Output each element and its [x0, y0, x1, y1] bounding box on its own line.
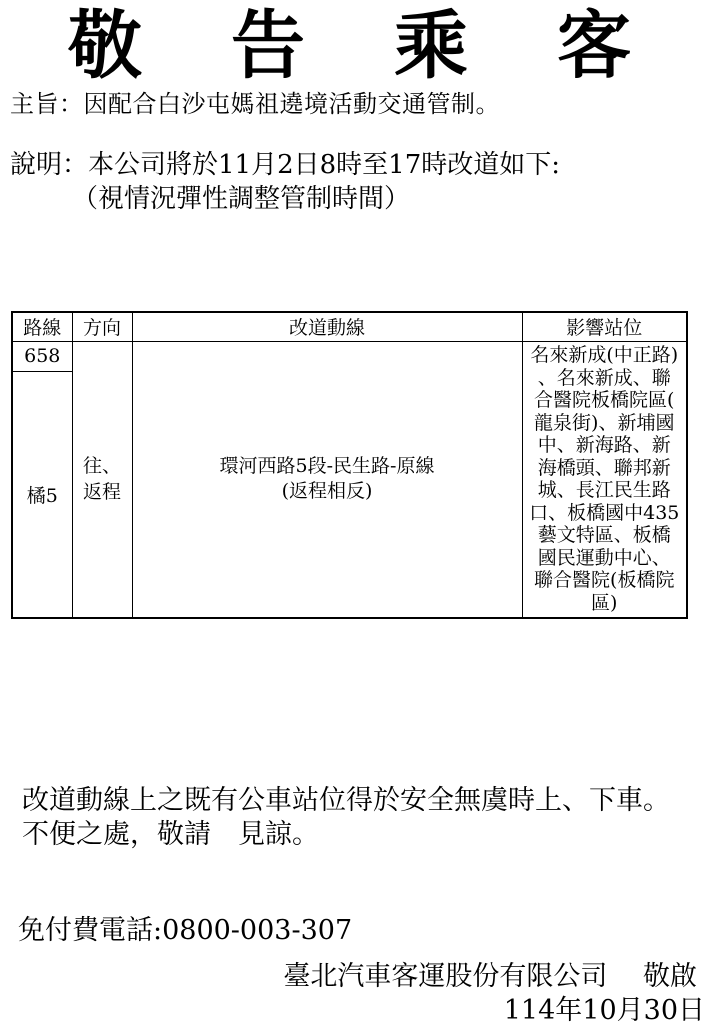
- subject-line: 主旨：因配合白沙屯媽祖遶境活動交通管制。: [10, 84, 500, 119]
- table-header-row: 路線 方向 改道動線 影響站位: [12, 312, 687, 341]
- header-stops: 影響站位: [522, 312, 687, 341]
- closing-line1: 改道動線上之既有公車站位得於安全無虞時上、下車。: [22, 784, 670, 818]
- notice-page: 敬告乘客 主旨：因配合白沙屯媽祖遶境活動交通管制。 說明：本公司將於11月2日8…: [0, 0, 709, 1024]
- notice-date: 114年10月30日: [504, 988, 705, 1024]
- description-line2: （視情況彈性調整管制時間）: [72, 182, 560, 216]
- closing-line2: 不便之處，敬請 見諒。: [22, 818, 670, 852]
- detour-table: 路線 方向 改道動線 影響站位 658 往、 返程 環河西路5段-民生路-原線 …: [11, 311, 688, 619]
- table-row: 658 往、 返程 環河西路5段-民生路-原線 (返程相反) 名來新成(中正路)…: [12, 341, 687, 371]
- description-block: 說明：本公司將於11月2日8時至17時改道如下: （視情況彈性調整管制時間）: [10, 148, 560, 216]
- route-658-cell: 658: [12, 341, 72, 371]
- page-title: 敬告乘客: [0, 0, 709, 92]
- closing-block: 改道動線上之既有公車站位得於安全無虞時上、下車。 不便之處，敬請 見諒。: [22, 784, 670, 852]
- detour-route-cell: 環河西路5段-民生路-原線 (返程相反): [132, 341, 522, 618]
- direction-cell: 往、 返程: [72, 341, 132, 618]
- toll-free-phone: 免付費電話:0800-003-307: [18, 908, 352, 947]
- header-direction: 方向: [72, 312, 132, 341]
- header-route: 路線: [12, 312, 72, 341]
- description-line1: 說明：本公司將於11月2日8時至17時改道如下:: [10, 148, 560, 182]
- route-orange5-cell: 橘5: [12, 371, 72, 618]
- header-detour: 改道動線: [132, 312, 522, 341]
- affected-stops-cell: 名來新成(中正路) 、名來新成、聯 合醫院板橋院區( 龍泉街)、新埔國 中、新海…: [522, 341, 687, 618]
